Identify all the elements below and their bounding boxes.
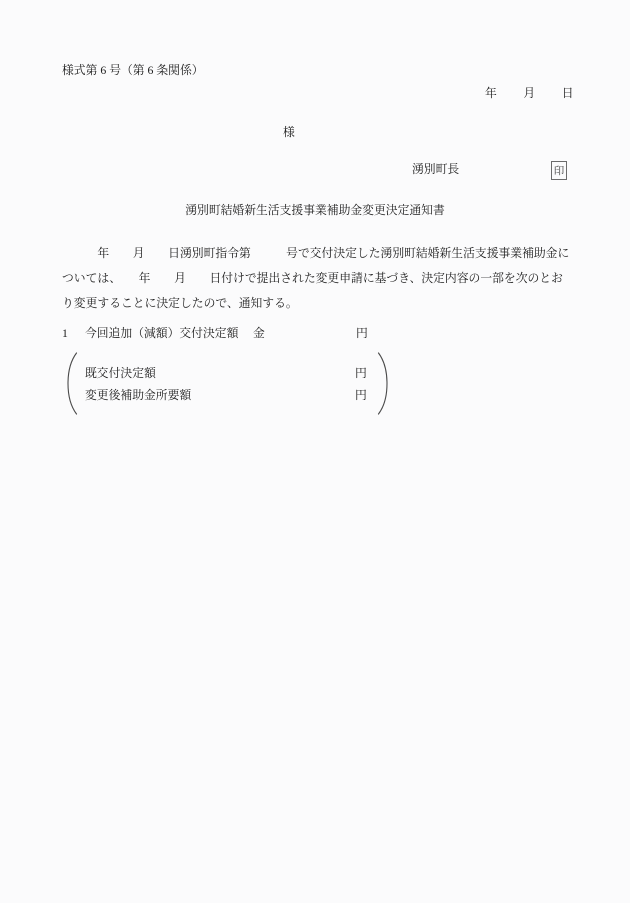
body-line-1: 年 月 日湧別町指令第 号で交付決定した湧別町結婚新生活支援事業補助金に xyxy=(62,241,574,266)
breakdown-row-unit: 円 xyxy=(355,388,367,403)
item1-label: 今回追加（減額）交付決定額 xyxy=(85,326,238,341)
item1-amount-prefix: 金 xyxy=(253,326,265,341)
body-paragraph: 年 月 日湧別町指令第 号で交付決定した湧別町結婚新生活支援事業補助金に ついて… xyxy=(62,241,574,316)
seal-box: 印 xyxy=(551,161,567,180)
item1-unit: 円 xyxy=(356,326,368,341)
date-line: 年 月 日 xyxy=(485,86,575,101)
document-page: 様式第 6 号（第 6 条関係） 年 月 日 様 湧別町長 印 湧別町結婚新生活… xyxy=(0,0,630,903)
breakdown-row-unit: 円 xyxy=(355,366,367,381)
breakdown-row-label: 既交付決定額 xyxy=(85,366,156,381)
body-line-3: り変更することに決定したので、通知する。 xyxy=(62,291,574,316)
right-bracket-icon xyxy=(377,352,389,415)
item1-number: 1 xyxy=(62,326,68,341)
addressee-suffix: 様 xyxy=(283,125,295,140)
issuer-name: 湧別町長 xyxy=(412,162,459,177)
seal-character: 印 xyxy=(554,163,565,178)
body-line-2: ついては、 年 月 日付けで提出された変更申請に基づき、決定内容の一部を次のとお xyxy=(62,266,574,291)
document-title: 湧別町結婚新生活支援事業補助金変更決定通知書 xyxy=(0,201,630,218)
breakdown-row-label: 変更後補助金所要額 xyxy=(85,388,191,403)
left-bracket-icon xyxy=(66,352,78,415)
form-number: 様式第 6 号（第 6 条関係） xyxy=(62,63,204,78)
